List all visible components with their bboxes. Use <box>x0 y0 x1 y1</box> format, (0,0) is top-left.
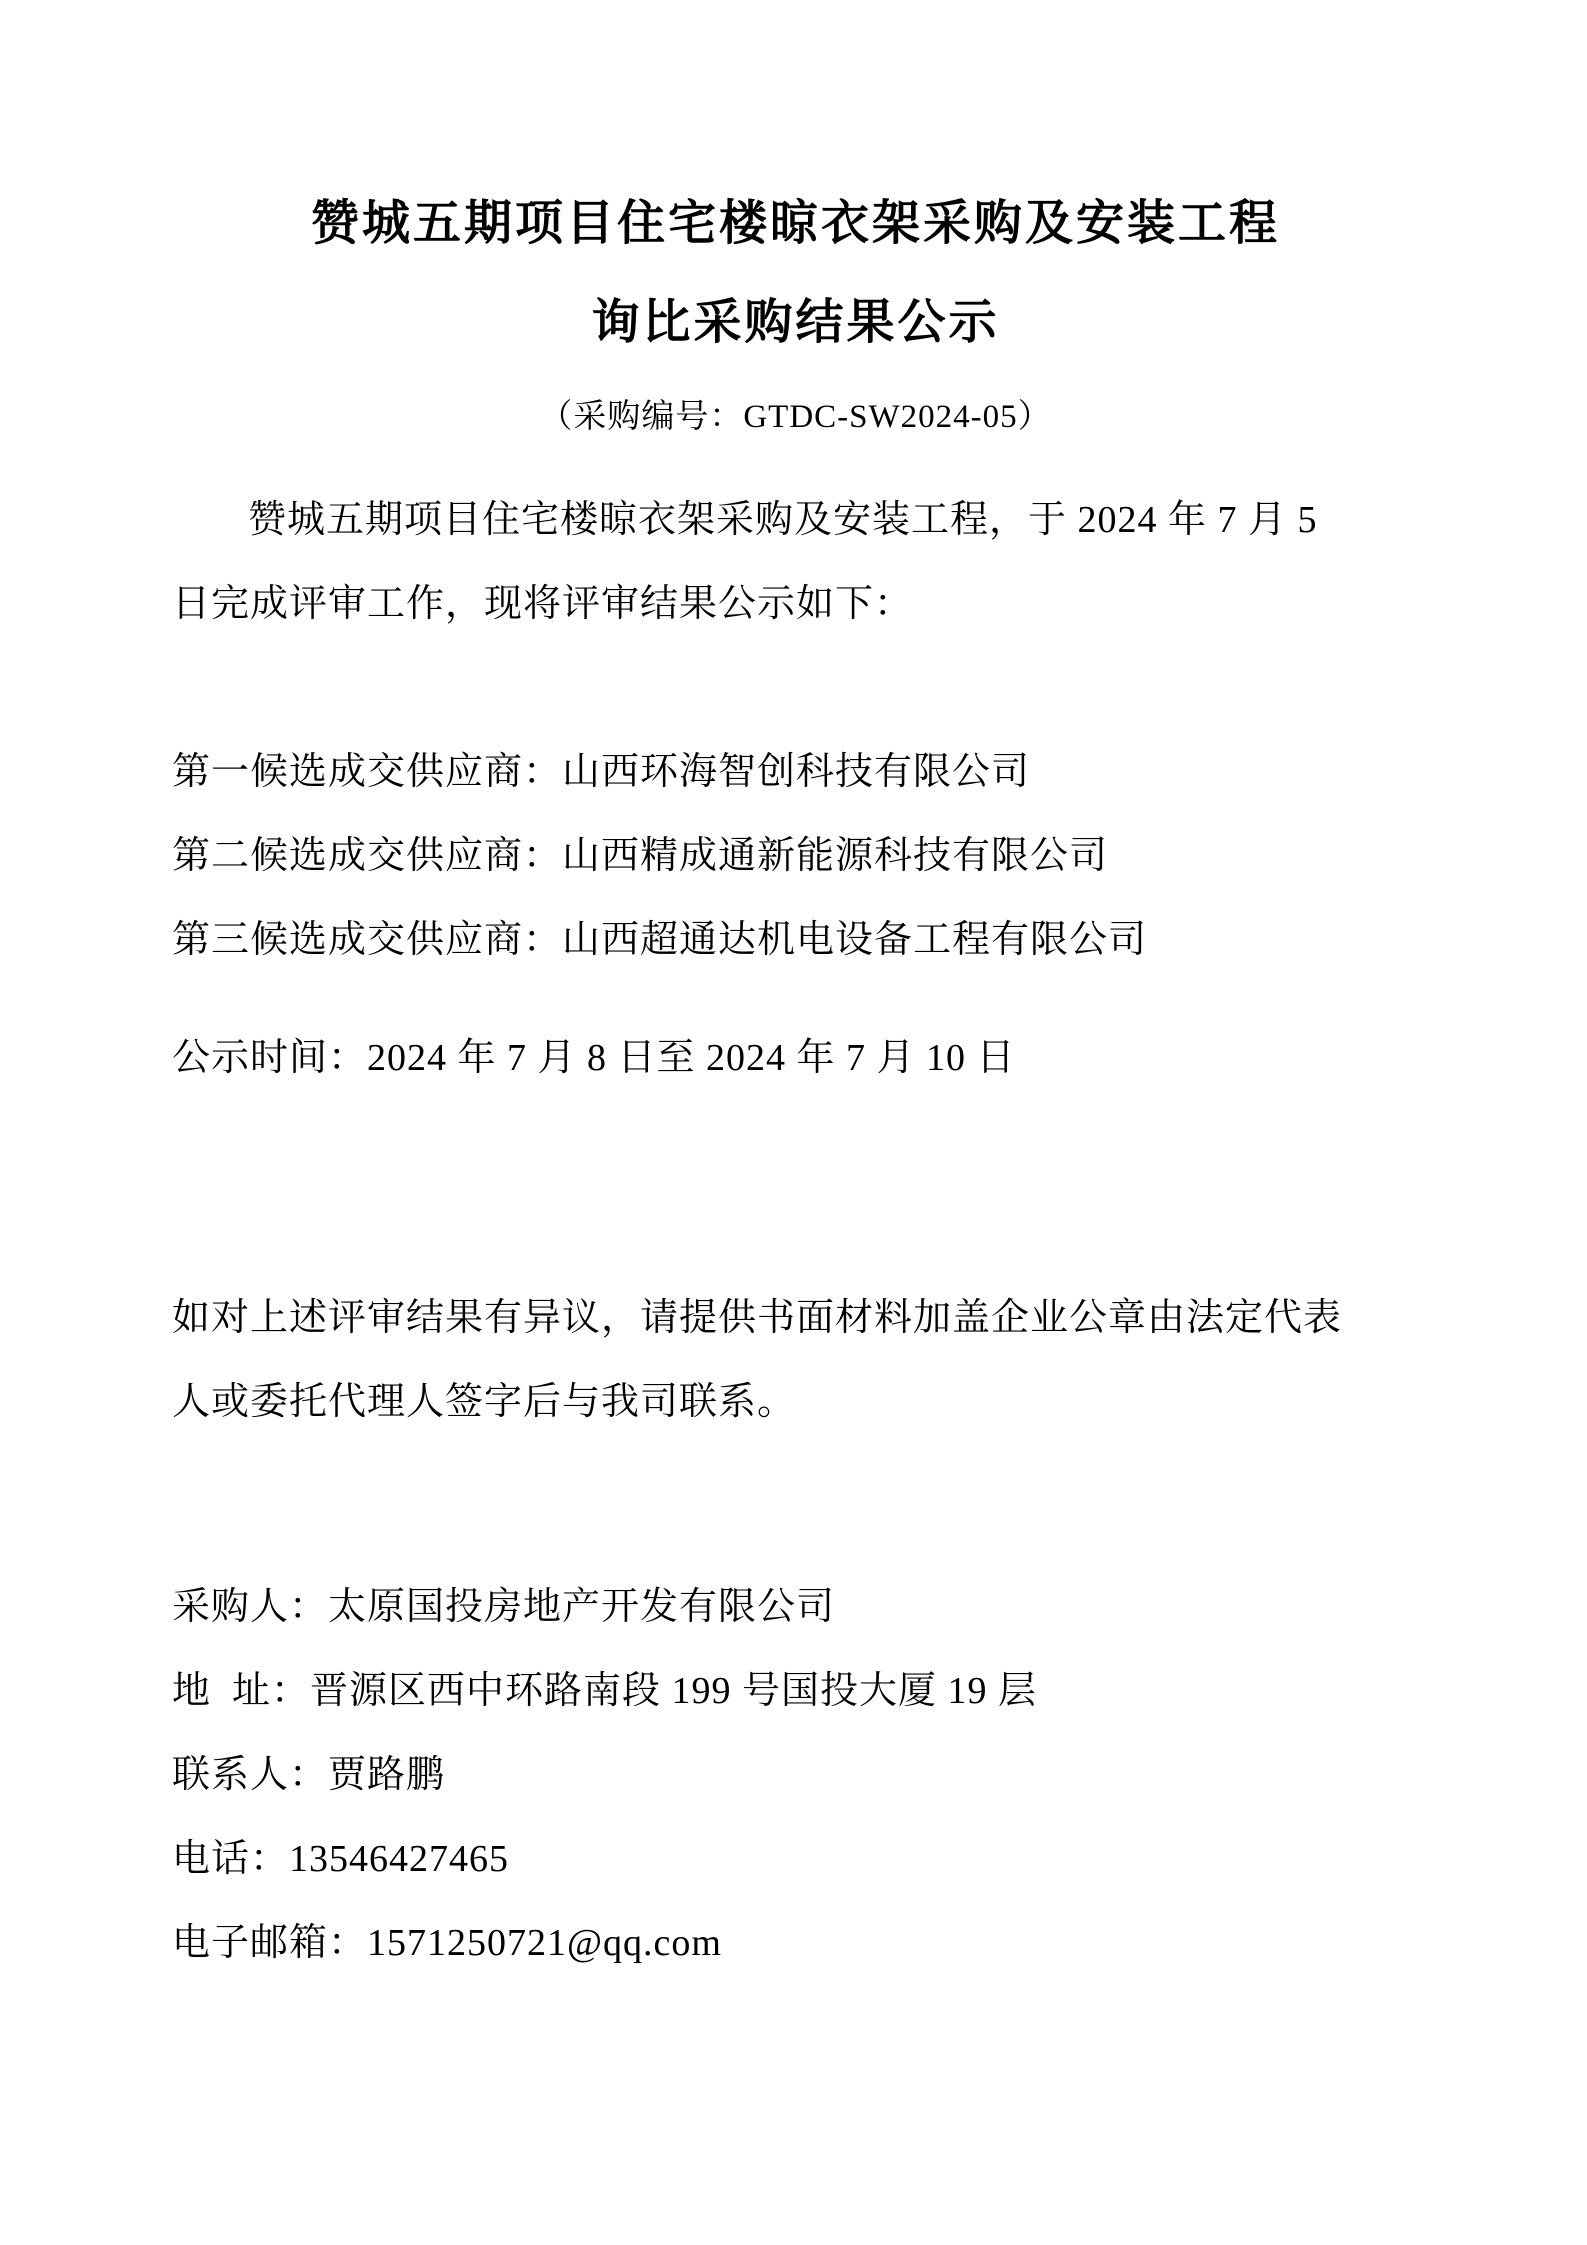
contact-block: 采购人：太原国投房地产开发有限公司 地 址：晋源区西中环路南段 199 号国投大… <box>172 1565 1419 1985</box>
candidate-first: 第一候选成交供应商：山西环海智创科技有限公司 <box>172 730 1419 814</box>
intro-line1: 赞城五期项目住宅楼晾衣架采购及安装工程，于 2024 年 7 月 5 <box>172 478 1419 562</box>
objection-line1: 如对上述评审结果有异议，请提供书面材料加盖企业公章由法定代表 <box>172 1276 1419 1360</box>
phone-line: 电话：13546427465 <box>172 1817 1419 1901</box>
document-page: 赞城五期项目住宅楼晾衣架采购及安装工程 询比采购结果公示 （采购编号：GTDC-… <box>0 0 1587 2245</box>
candidate-second: 第二候选成交供应商：山西精成通新能源科技有限公司 <box>172 814 1419 898</box>
procurement-number: （采购编号：GTDC-SW2024-05） <box>172 398 1419 438</box>
publicity-period: 公示时间：2024 年 7 月 8 日至 2024 年 7 月 10 日 <box>172 1016 1419 1100</box>
candidate-third: 第三候选成交供应商：山西超通达机电设备工程有限公司 <box>172 898 1419 982</box>
document-title-line1: 赞城五期项目住宅楼晾衣架采购及安装工程 <box>172 196 1419 251</box>
address-line: 地 址：晋源区西中环路南段 199 号国投大厦 19 层 <box>172 1649 1419 1733</box>
contact-person-line: 联系人：贾路鹏 <box>172 1733 1419 1817</box>
email-line: 电子邮箱：1571250721@qq.com <box>172 1901 1419 1985</box>
publicity-period-block: 公示时间：2024 年 7 月 8 日至 2024 年 7 月 10 日 <box>172 1016 1419 1100</box>
document-content: 赞城五期项目住宅楼晾衣架采购及安装工程 询比采购结果公示 （采购编号：GTDC-… <box>172 0 1419 1985</box>
purchaser-line: 采购人：太原国投房地产开发有限公司 <box>172 1565 1419 1649</box>
document-title-line2: 询比采购结果公示 <box>172 295 1419 350</box>
objection-paragraph: 如对上述评审结果有异议，请提供书面材料加盖企业公章由法定代表 人或委托代理人签字… <box>172 1276 1419 1444</box>
intro-line2: 日完成评审工作，现将评审结果公示如下： <box>172 562 1419 646</box>
candidate-list: 第一候选成交供应商：山西环海智创科技有限公司 第二候选成交供应商：山西精成通新能… <box>172 730 1419 982</box>
objection-line2: 人或委托代理人签字后与我司联系。 <box>172 1360 1419 1444</box>
intro-paragraph: 赞城五期项目住宅楼晾衣架采购及安装工程，于 2024 年 7 月 5 日完成评审… <box>172 478 1419 646</box>
